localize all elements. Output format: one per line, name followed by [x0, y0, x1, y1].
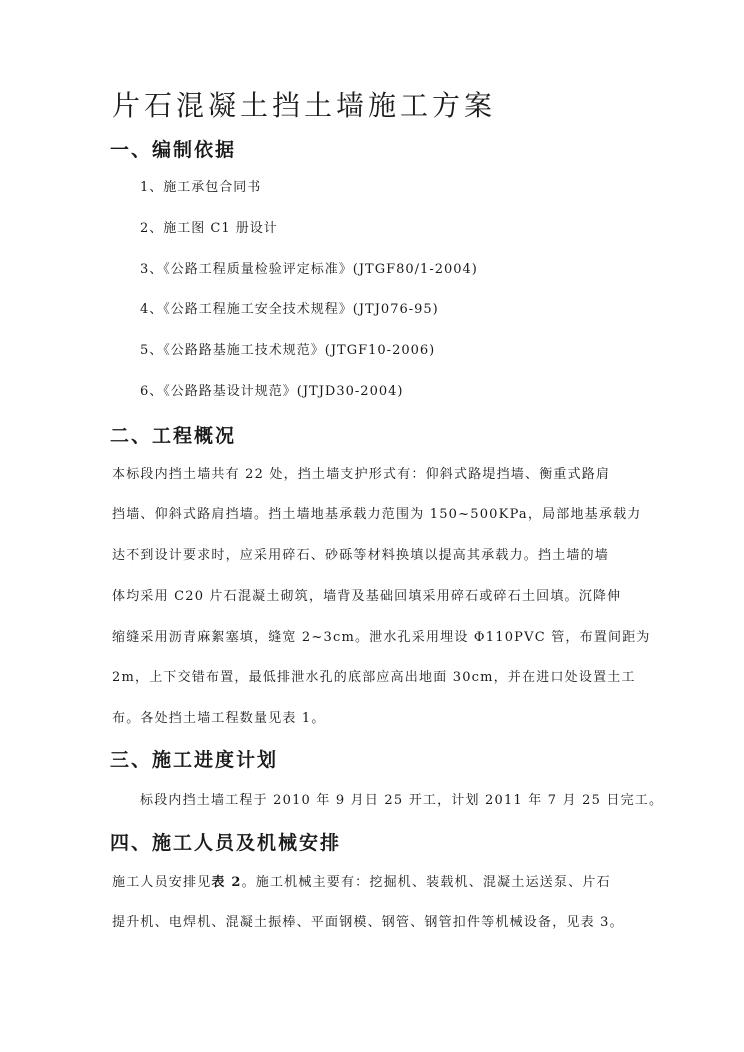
- paragraph-line: 达不到设计要求时，应采用碎石、砂砾等材料换填以提高其承载力。挡土墙的墙: [112, 546, 636, 566]
- reference-item: 3、《公路工程质量检验评定标准》(JTGF80/1-2004): [140, 260, 478, 280]
- document-page: 片石混凝土挡土墙施工方案 一、编制依据 1、施工承包合同书 2、施工图 C1 册…: [0, 0, 744, 1052]
- paragraph-line: 提升机、电焊机、混凝土振棒、平面钢模、钢管、钢管扣件等机械设备，见表 3。: [112, 913, 636, 933]
- paragraph-line: 2m，上下交错布置，最低排泄水孔的底部应高出地面 30cm，并在进口处设置土工: [112, 668, 636, 688]
- section-heading-schedule: 三、施工进度计划: [110, 746, 278, 774]
- reference-item: 4、《公路工程施工安全技术规程》(JTJ076-95): [140, 300, 439, 320]
- paragraph-line: 施工人员安排见表 2。施工机械主要有：挖掘机、装载机、混凝土运送泵、片石: [112, 873, 636, 893]
- text-segment: 施工人员安排见: [112, 875, 211, 890]
- paragraph-line: 缩缝采用沥青麻絮塞填，缝宽 2~3cm。泄水孔采用埋设 Φ110PVC 管，布置…: [112, 628, 636, 648]
- reference-item: 6、《公路路基设计规范》(JTJD30-2004): [140, 382, 403, 402]
- reference-item: 1、施工承包合同书: [140, 178, 261, 198]
- paragraph-line: 布。各处挡土墙工程数量见表 1。: [112, 709, 636, 729]
- paragraph-line: 体均采用 C20 片石混凝土砌筑，墙背及基础回填采用碎石或碎石土回填。沉降伸: [112, 587, 636, 607]
- text-segment: 。施工机械主要有：挖掘机、装载机、混凝土运送泵、片石: [242, 875, 611, 890]
- reference-item: 2、施工图 C1 册设计: [140, 219, 278, 239]
- paragraph-line: 挡墙、仰斜式路肩挡墙。挡土墙地基承载力范围为 150~500KPa，局部地基承载…: [112, 505, 636, 525]
- section-heading-basis: 一、编制依据: [110, 136, 236, 164]
- table-reference: 表 2: [211, 875, 241, 890]
- paragraph-line: 标段内挡土墙工程于 2010 年 9 月日 25 开工，计划 2011 年 7 …: [140, 791, 664, 811]
- paragraph-line: 本标段内挡土墙共有 22 处，挡土墙支护形式有：仰斜式路堤挡墙、衡重式路肩: [112, 465, 636, 485]
- document-title: 片石混凝土挡土墙施工方案: [112, 86, 496, 126]
- reference-item: 5、《公路路基施工技术规范》(JTGF10-2006): [140, 341, 435, 361]
- section-heading-personnel: 四、施工人员及机械安排: [110, 829, 341, 857]
- section-heading-overview: 二、工程概况: [110, 422, 236, 450]
